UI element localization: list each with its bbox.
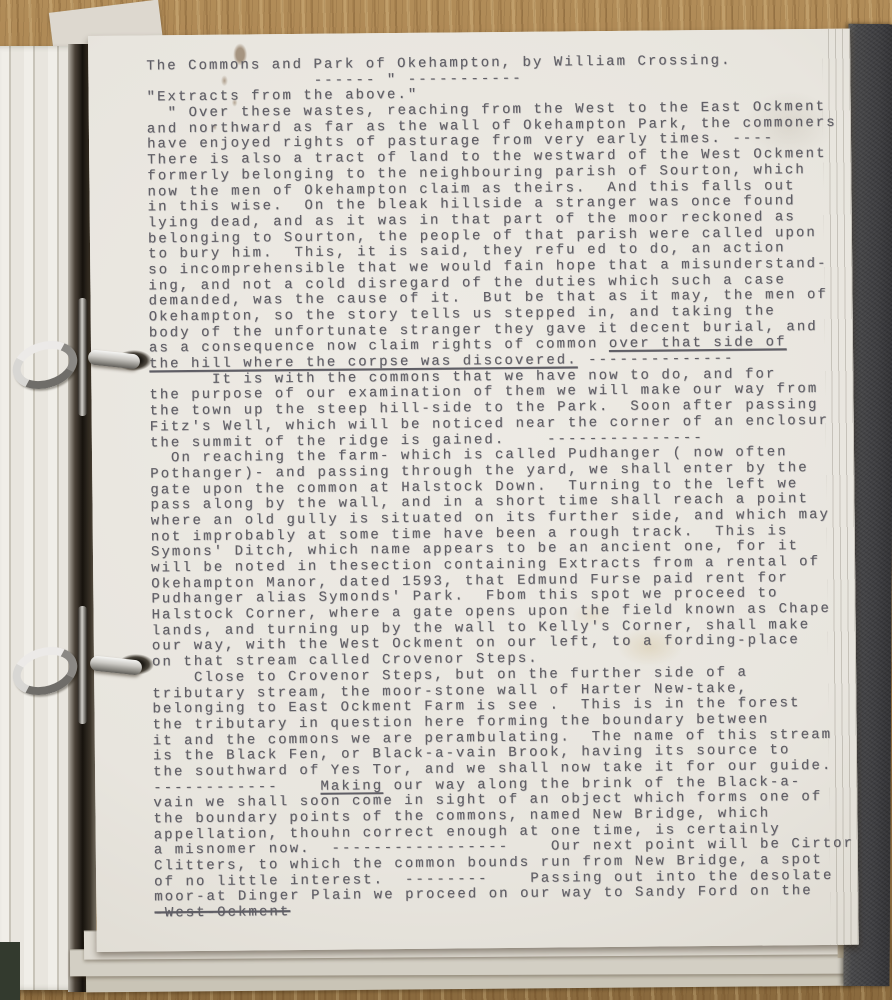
- binder-rod-bottom: [78, 606, 87, 724]
- document-page: The Commons and Park of Okehampton, by W…: [88, 29, 859, 952]
- binder-rod-top: [78, 298, 87, 416]
- typed-lines: The Commons and Park of Okehampton, by W…: [146, 53, 854, 922]
- photo-background: The Commons and Park of Okehampton, by W…: [0, 0, 892, 1000]
- table-shadow-corner: [0, 942, 20, 1000]
